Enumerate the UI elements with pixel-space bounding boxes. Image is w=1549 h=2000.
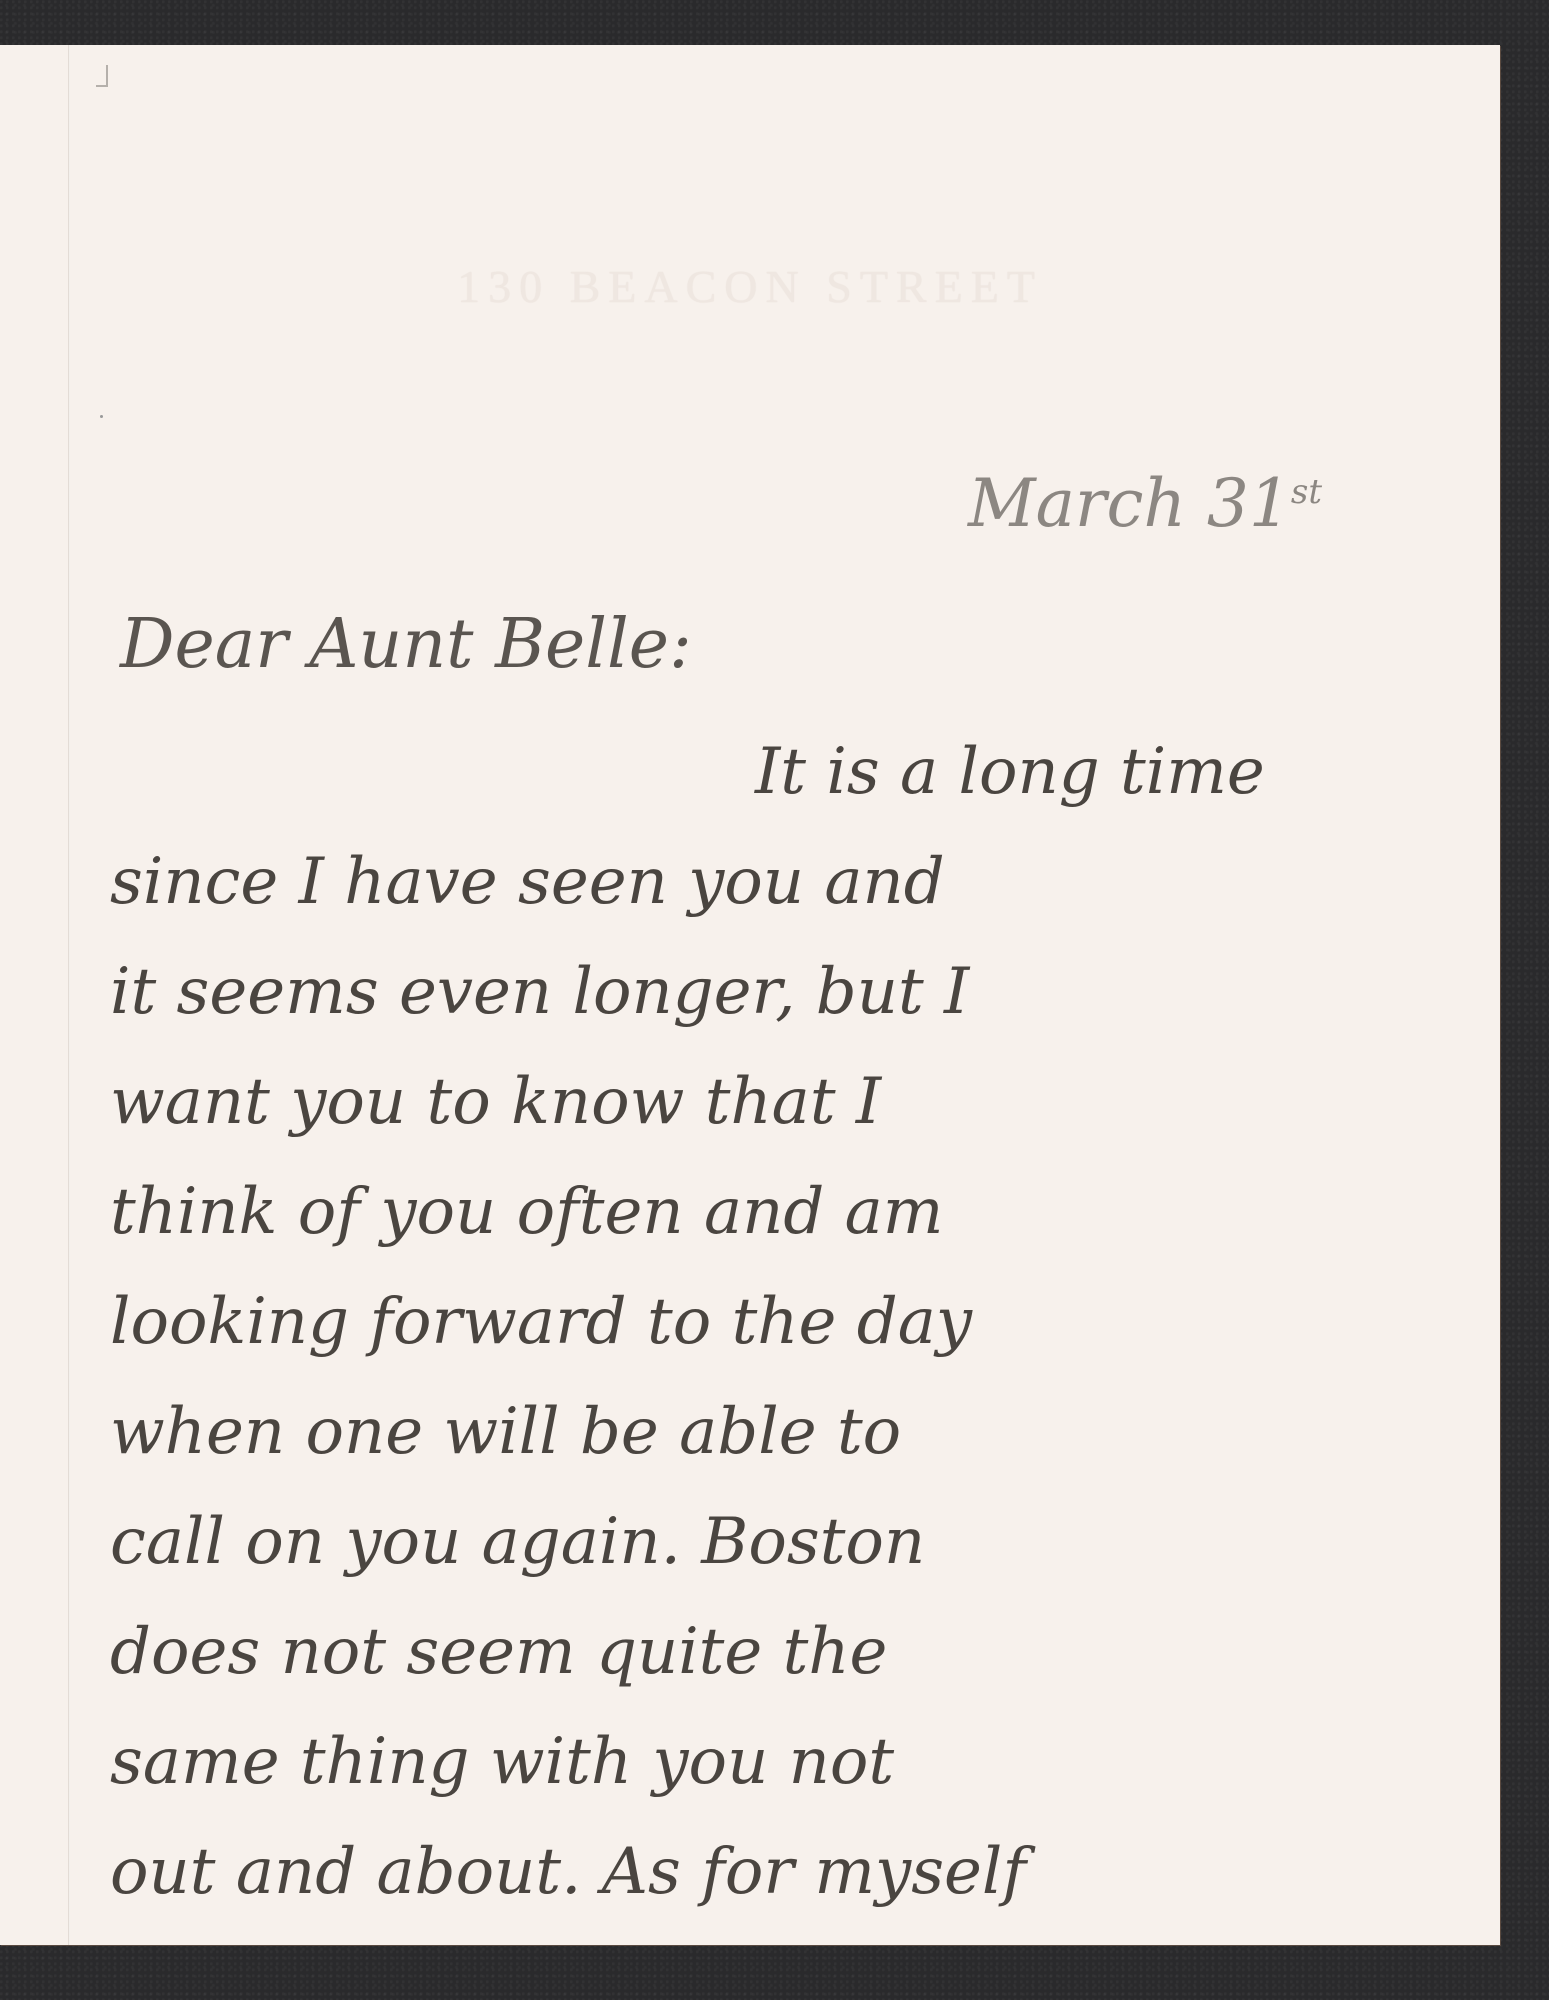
body-line: looking forward to the day (110, 1285, 972, 1359)
date-text: March 31 (968, 465, 1291, 542)
body-line: since I have seen you and (110, 845, 945, 919)
body-line: It is a long time (755, 735, 1265, 809)
body-line: call on you again. Boston (110, 1505, 925, 1579)
page-fold-line (68, 45, 70, 1945)
body-line: want you to know that I (110, 1065, 881, 1139)
body-line: out and about. As for myself (110, 1835, 1026, 1909)
letter-page: 130 BEACON STREET March 31st Dear Aunt B… (0, 45, 1500, 1945)
letterhead-embossed-address: 130 BEACON STREET (0, 260, 1500, 313)
letter-date: March 31st (968, 465, 1322, 542)
ink-dot (100, 415, 103, 418)
salutation: Dear Aunt Belle: (120, 605, 692, 684)
body-line: think of you often and am (110, 1175, 943, 1249)
corner-pencil-mark (96, 65, 108, 87)
date-suffix: st (1291, 472, 1322, 512)
body-line: does not seem quite the (110, 1615, 887, 1689)
body-line: when one will be able to (110, 1395, 901, 1469)
body-line: same thing with you not (110, 1725, 894, 1799)
body-line: it seems even longer, but I (110, 955, 969, 1029)
